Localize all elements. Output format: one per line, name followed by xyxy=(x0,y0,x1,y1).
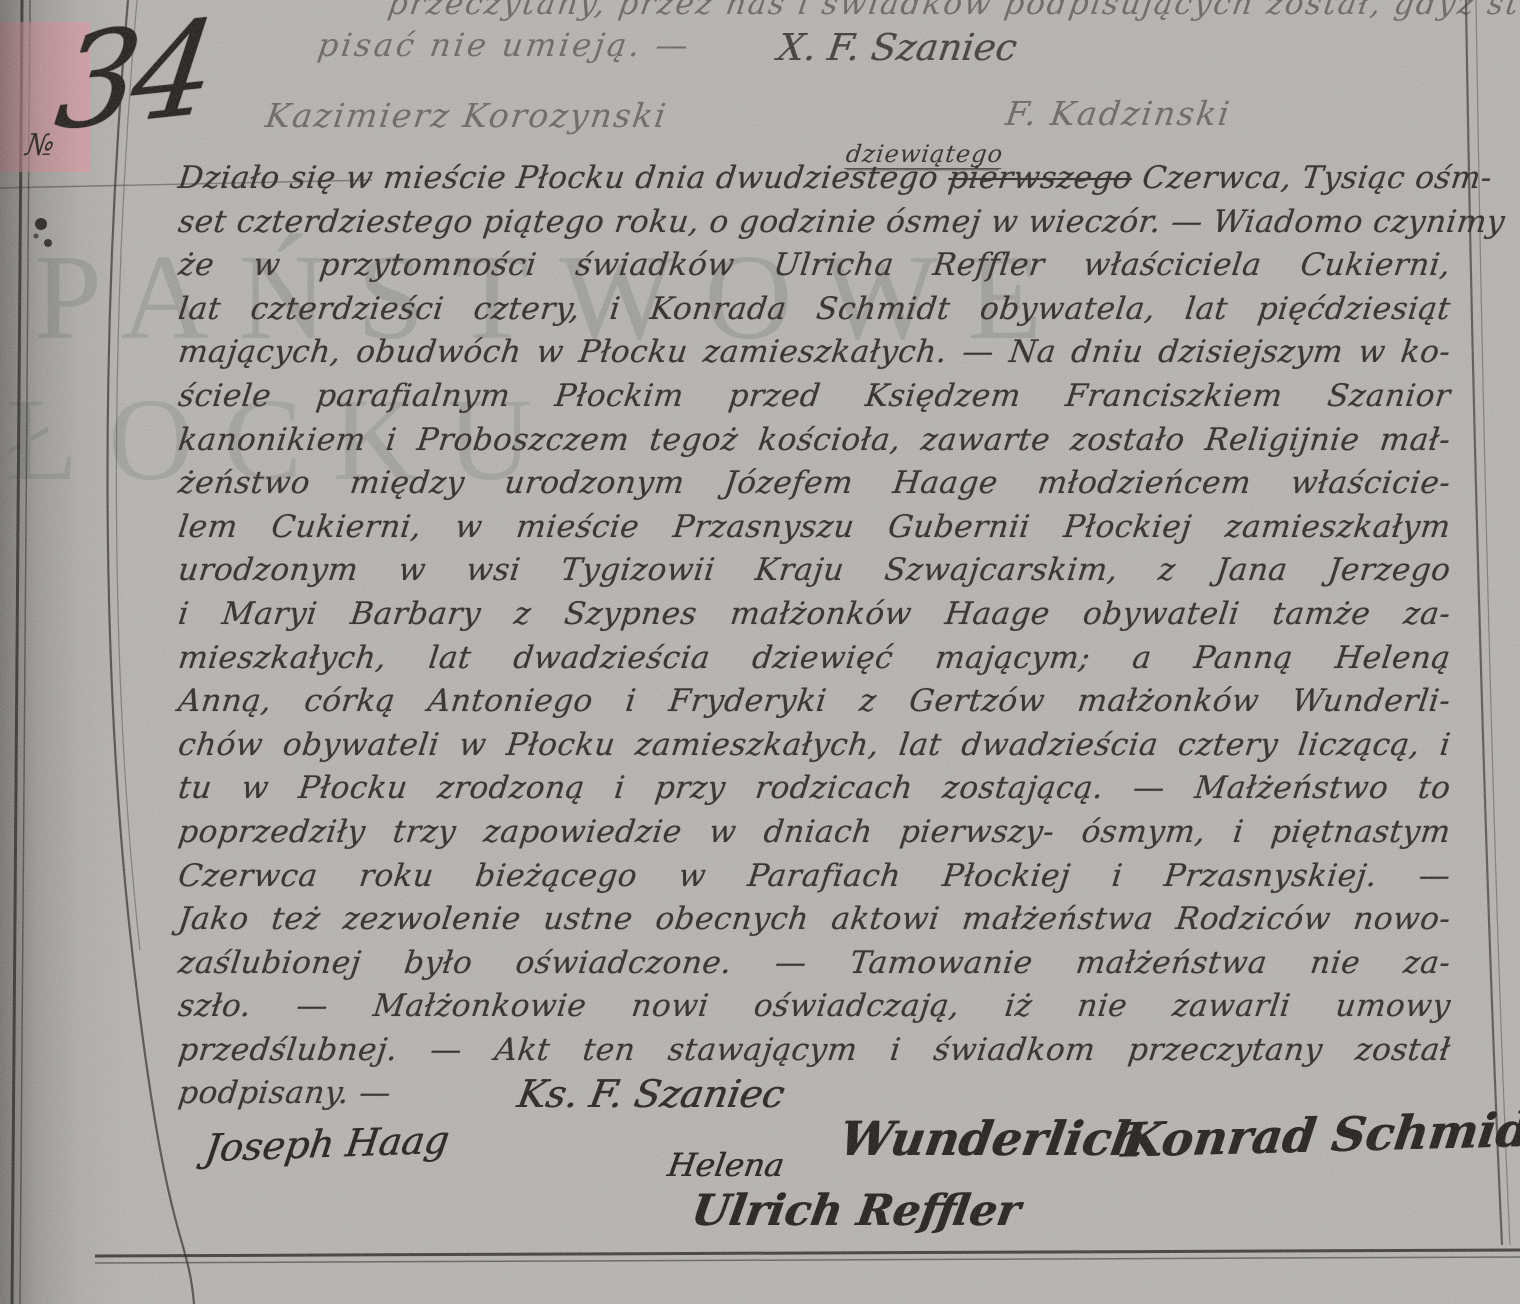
signature-bride-first-name: Helena xyxy=(665,1146,787,1184)
act-line: lem Cukierni, w mieście Przasnyszu Guber… xyxy=(175,509,1452,553)
previous-record-witness-name: Kazimierz Korozynski xyxy=(263,96,670,135)
binding-shadow xyxy=(0,0,140,1304)
bottom-rule xyxy=(95,1250,1520,1256)
signature-bride-last-name: Wunderlich xyxy=(836,1112,1150,1167)
act-line: poprzedziły trzy zapowiedzie w dniach pi… xyxy=(175,814,1452,858)
document-scan-page: PAŃSTWOWE ŁOCKU № 34 przeczytany, przez … xyxy=(0,0,1520,1304)
act-line: chów obywateli w Płocku zamieszkałych, l… xyxy=(175,727,1452,771)
act-line: zaślubionej było oświadczone. — Tamowani… xyxy=(175,945,1452,989)
record-number: 34 xyxy=(48,0,219,160)
ink-blot xyxy=(34,234,39,239)
act-line: żeństwo między urodzonym Józefem Haage m… xyxy=(175,465,1452,509)
act-line: Jako też zezwolenie ustne obecnych aktow… xyxy=(175,901,1452,945)
act-line-1: Działo się w mieście Płocku dnia dwudzie… xyxy=(175,160,1452,204)
ink-blot xyxy=(44,239,52,247)
signature-groom: Joseph Haag xyxy=(202,1118,452,1171)
binding-edge-line-2 xyxy=(20,0,30,1304)
marriage-act-paragraph: dziewiątego Działo się w mieście Płocku … xyxy=(178,160,1450,1119)
act-line: Anną, córką Antoniego i Fryderyki z Gert… xyxy=(175,683,1452,727)
previous-record-line: pisać nie umieją. — xyxy=(315,26,693,64)
bottom-rule-2 xyxy=(95,1257,1520,1263)
act-line: i Maryi Barbary z Szypnes małżonków Haag… xyxy=(175,596,1452,640)
act-line: szło. — Małżonkowie nowi oświadczają, iż… xyxy=(175,988,1452,1032)
act-line: ściele parafialnym Płockim przed Księdze… xyxy=(175,378,1452,422)
previous-record-official-signature: F. Kadzinski xyxy=(1003,94,1233,133)
act-line: Czerwca roku bieżącego w Parafiach Płock… xyxy=(175,858,1452,902)
act-line: tu w Płocku zrodzoną i przy rodzicach zo… xyxy=(175,770,1452,814)
signature-witness-schmidt: Konrad Schmidt xyxy=(1118,1102,1520,1168)
previous-record-line: przeczytany, przez nas i świadków podpis… xyxy=(385,0,1520,22)
priest-signature-previous: X. F. Szaniec xyxy=(775,26,1020,69)
act-line: urodzonym w wsi Tygizowii Kraju Szwajcar… xyxy=(175,552,1452,596)
act-line: że w przytomności świadków Ulricha Reffl… xyxy=(175,247,1452,291)
act-line: kanonikiem i Proboszczem tegoż kościoła,… xyxy=(175,422,1452,466)
act-line-1-pre: Działo się w mieście Płocku dnia dwudzie… xyxy=(176,160,950,196)
ink-blot xyxy=(35,218,47,230)
act-line: przedślubnej. — Akt ten stawającym i świ… xyxy=(175,1032,1452,1076)
act-line: mieszkałych, lat dwadzieścia dziewięć ma… xyxy=(175,640,1452,684)
act-line-1-post: Czerwca, Tysiąc ośm- xyxy=(1130,160,1494,196)
priest-closing-signature: Ks. F. Szaniec xyxy=(514,1072,788,1116)
binding-edge-line xyxy=(12,0,22,1304)
act-line: set czterdziestego piątego roku, o godzi… xyxy=(175,204,1452,248)
act-line: mających, obudwóch w Płocku zamieszkałyc… xyxy=(175,334,1452,378)
act-line: lat czterdzieści cztery, i Konrada Schmi… xyxy=(175,291,1452,335)
struck-word: pierwszego xyxy=(946,160,1134,196)
signature-witness-reffler: Ulrich Reffler xyxy=(688,1186,1024,1236)
